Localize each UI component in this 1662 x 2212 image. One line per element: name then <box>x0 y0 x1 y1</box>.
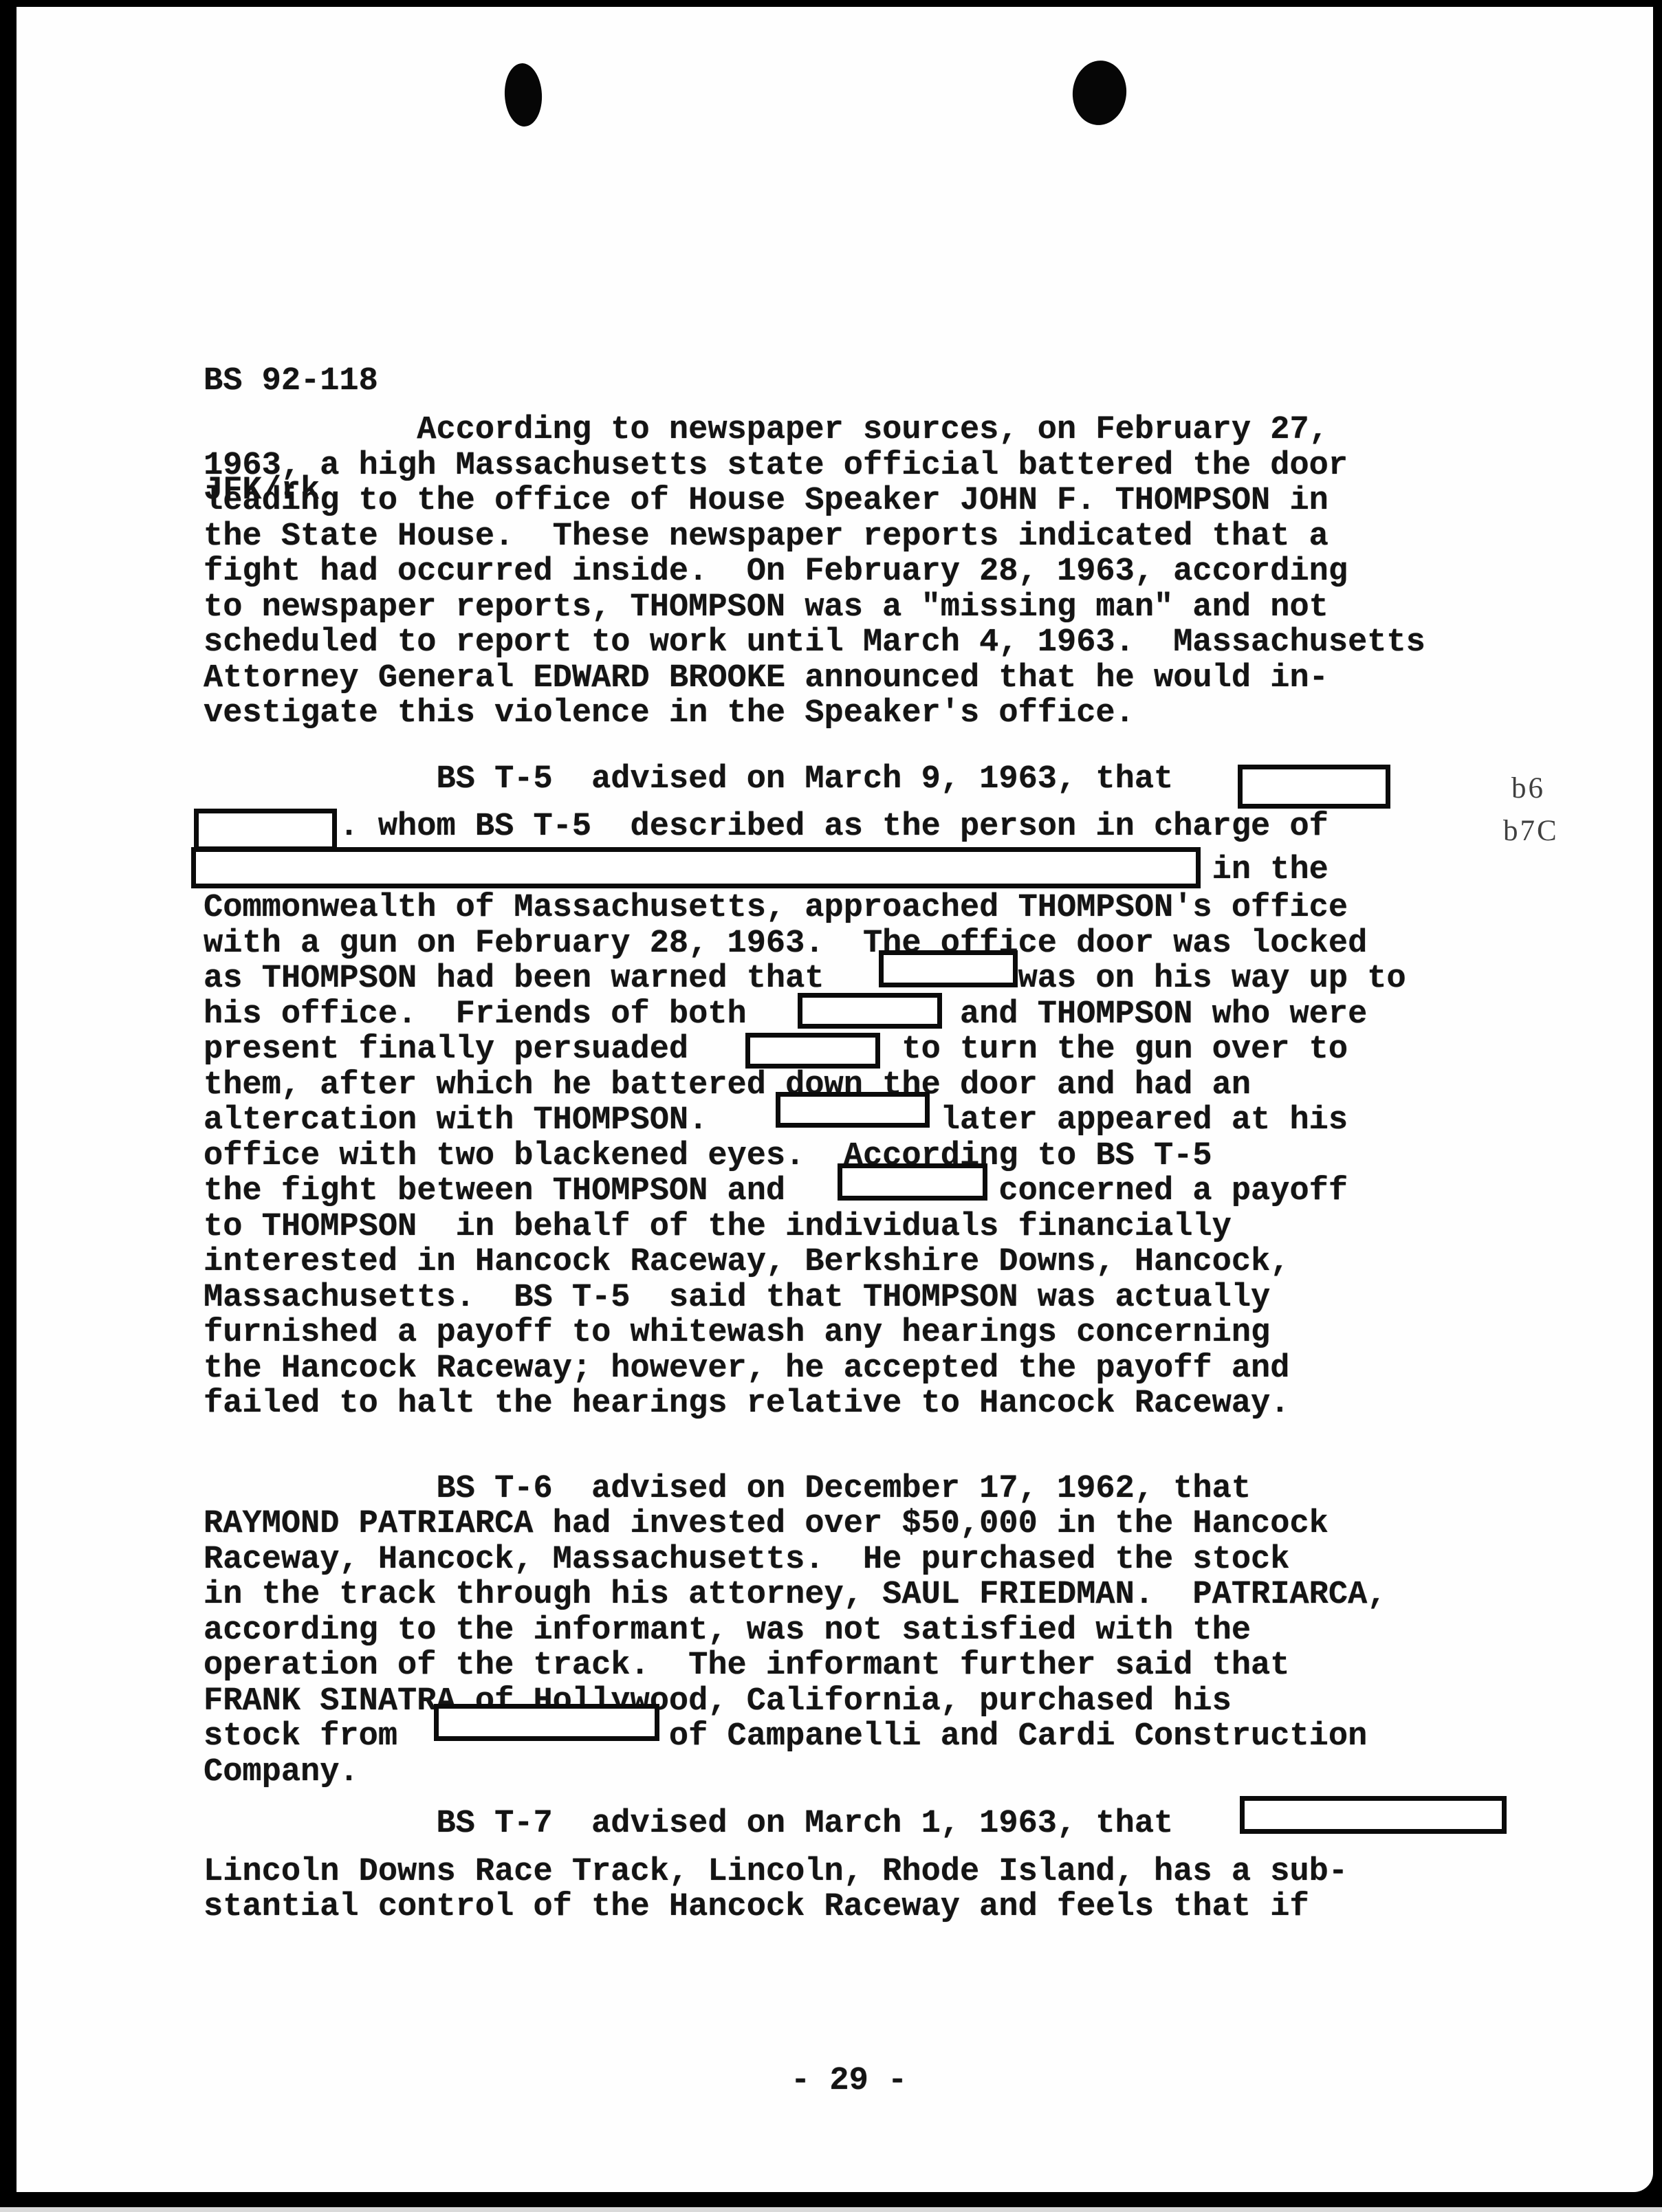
text-line: office with two blackened eyes. Accordin… <box>204 1139 1425 1174</box>
redaction-box <box>798 993 942 1029</box>
text-line: Company. <box>204 1755 1425 1791</box>
redaction-box <box>776 1092 930 1128</box>
redaction-box <box>838 1163 987 1201</box>
text-line: Attorney General EDWARD BROOKE announced… <box>204 661 1425 697</box>
margin-note-b7c: b7C <box>1503 814 1559 848</box>
text-line: stock from of Campanelli and Cardi Const… <box>204 1719 1425 1755</box>
margin-note-b6: b6 <box>1511 771 1545 805</box>
text-line: . whom BS T-5 described as the person in… <box>204 809 1425 845</box>
text-line: According to newspaper sources, on Febru… <box>204 413 1425 448</box>
redaction-box <box>1238 765 1390 809</box>
text-line: failed to halt the hearings relative to … <box>204 1386 1425 1422</box>
text-line: with a gun on February 28, 1963. The off… <box>204 926 1425 962</box>
text-line: BS T-6 advised on December 17, 1962, tha… <box>204 1471 1425 1507</box>
text-line: 1963, a high Massachusetts state officia… <box>204 448 1425 484</box>
text-line: according to the informant, was not sati… <box>204 1613 1425 1649</box>
document-body: According to newspaper sources, on Febru… <box>204 413 1425 1925</box>
text-line: the fight between THOMPSON and concerned… <box>204 1174 1425 1209</box>
file-number: BS 92-118 <box>204 363 378 399</box>
text-line: the Hancock Raceway; however, he accepte… <box>204 1351 1425 1387</box>
redaction-box <box>194 809 337 851</box>
scan-background: BS 92-118 JFK/rk According to newspaper … <box>0 0 1662 2212</box>
text-line: RAYMOND PATRIARCA had invested over $50,… <box>204 1507 1425 1542</box>
text-line: as THOMPSON had been warned that was on … <box>204 961 1425 997</box>
text-line: the State House. These newspaper reports… <box>204 519 1425 555</box>
text-line: fight had occurred inside. On February 2… <box>204 554 1425 590</box>
redaction-box <box>745 1033 880 1069</box>
text-line: Massachusetts. BS T-5 said that THOMPSON… <box>204 1280 1425 1316</box>
text-line: leading to the office of House Speaker J… <box>204 483 1425 519</box>
text-line: operation of the track. The informant fu… <box>204 1648 1425 1684</box>
text-line: to THOMPSON in behalf of the individuals… <box>204 1209 1425 1245</box>
redaction-box <box>879 950 1018 987</box>
text-line: scheduled to report to work until March … <box>204 625 1425 661</box>
paragraph: BS T-6 advised on December 17, 1962, tha… <box>204 1471 1425 1791</box>
text-line: Lincoln Downs Race Track, Lincoln, Rhode… <box>204 1854 1425 1890</box>
paragraph: According to newspaper sources, on Febru… <box>204 413 1425 732</box>
text-line: stantial control of the Hancock Raceway … <box>204 1890 1425 1925</box>
page-number: - 29 - <box>791 2063 907 2099</box>
redaction-box <box>434 1704 659 1741</box>
text-line: interested in Hancock Raceway, Berkshire… <box>204 1245 1425 1280</box>
text-line: furnished a payoff to whitewash any hear… <box>204 1315 1425 1351</box>
text-line: in the track through his attorney, SAUL … <box>204 1577 1425 1613</box>
redaction-box <box>1240 1796 1507 1834</box>
scan-bottom-edge <box>0 2207 1662 2212</box>
text-line: to newspaper reports, THOMPSON was a "mi… <box>204 590 1425 626</box>
text-line: FRANK SINATRA of Hollywood, California, … <box>204 1684 1425 1720</box>
text-line: vestigate this violence in the Speaker's… <box>204 696 1425 732</box>
text-line: Commonwealth of Massachusetts, approache… <box>204 890 1425 926</box>
text-line: Raceway, Hancock, Massachusetts. He purc… <box>204 1542 1425 1578</box>
redaction-box <box>191 847 1201 888</box>
